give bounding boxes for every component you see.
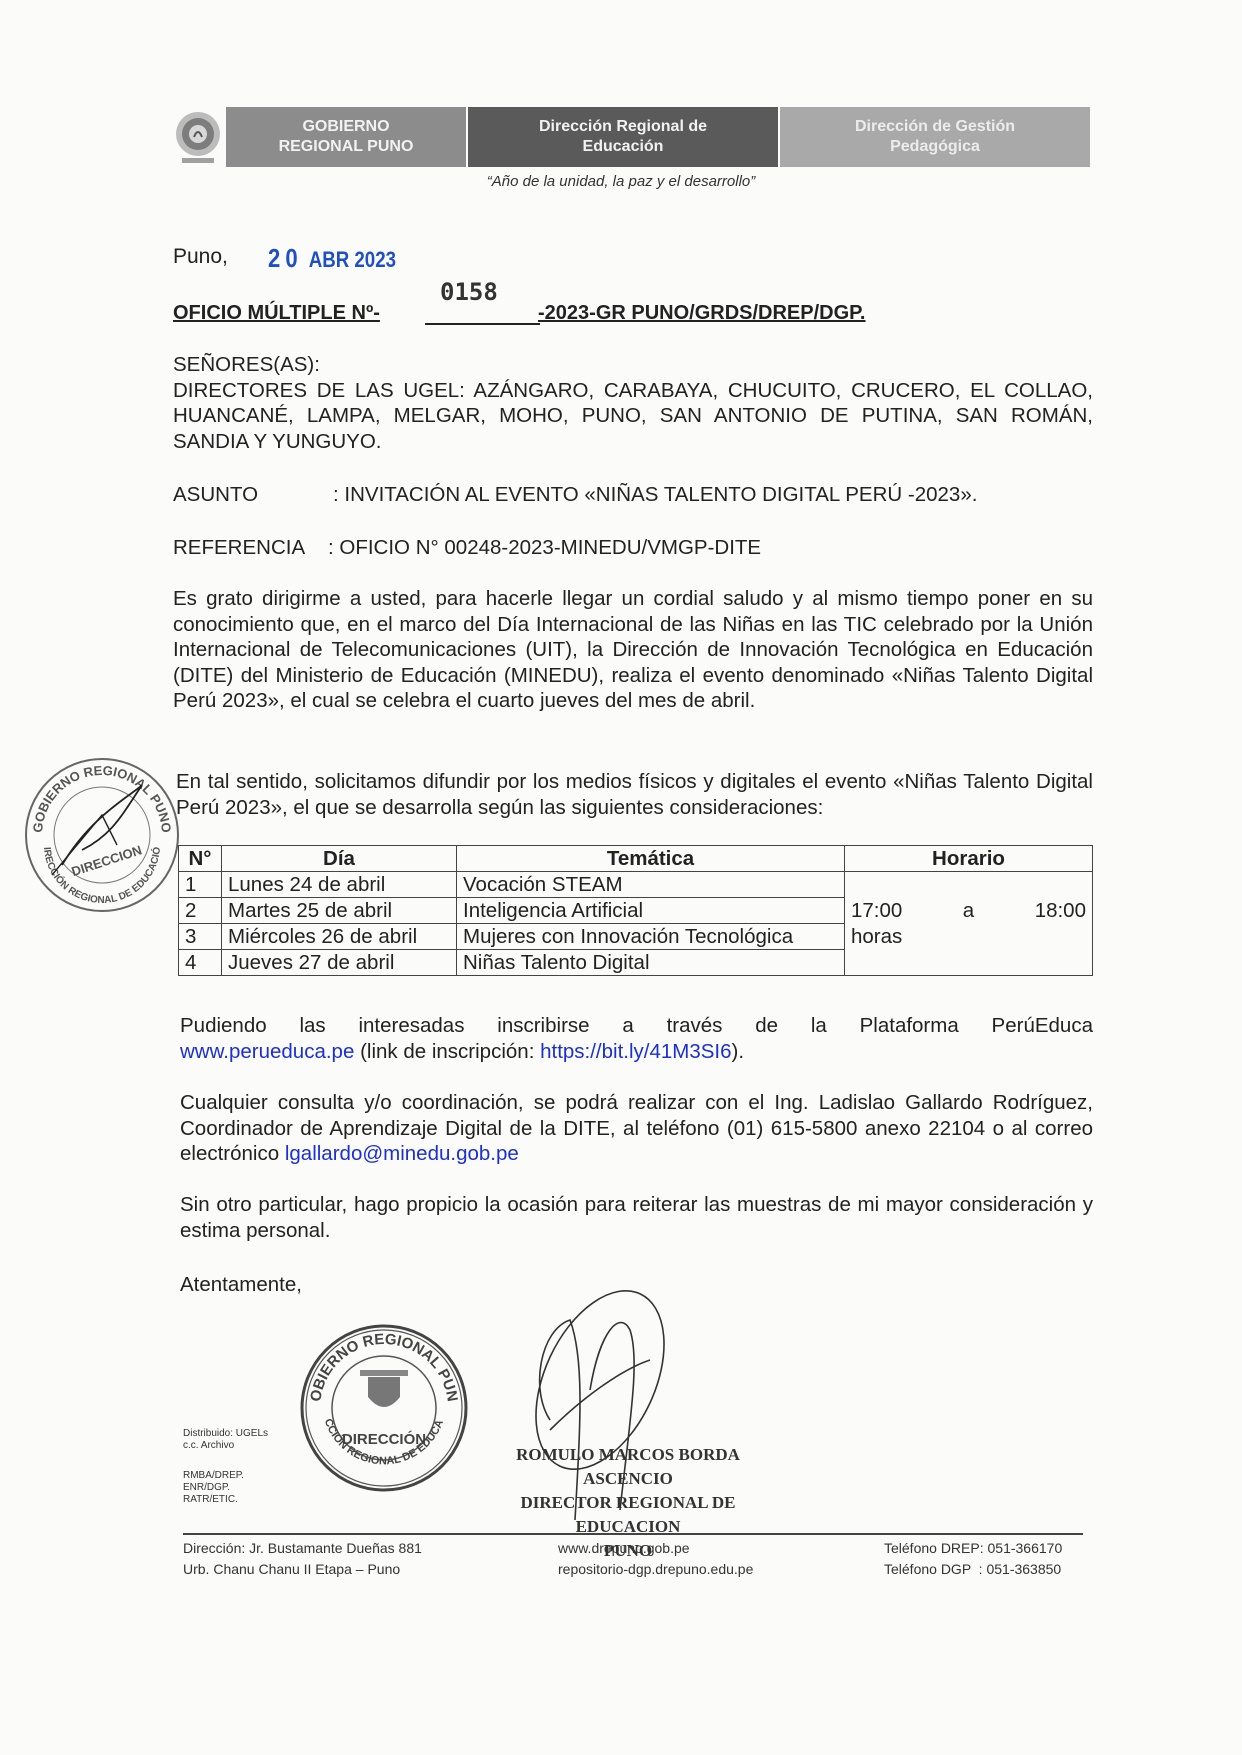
footer-address: Dirección: Jr. Bustamante Dueñas 881 Urb… — [183, 1538, 422, 1580]
row-horario: 17:00 a 18:00 horas — [845, 872, 1093, 976]
asunto: ASUNTO: INVITACIÓN AL EVENTO «NIÑAS TALE… — [173, 482, 1093, 508]
signer-title: DIRECTOR REGIONAL DE EDUCACION — [478, 1491, 778, 1539]
registration-text: Pudiendo las interesadas inscribirse a t… — [180, 1013, 1093, 1039]
header-text: Pedagógica — [890, 137, 980, 157]
row-num: 4 — [179, 950, 222, 976]
distribution-list: Distribuido: UGELs c.c. Archivo — [183, 1428, 268, 1452]
footer-phone: Teléfono DGP : 051-363850 — [884, 1559, 1062, 1580]
initials-item: ENR/DGP. — [183, 1482, 244, 1494]
col-num-header: N° — [179, 846, 222, 872]
footer-address-line: Dirección: Jr. Bustamante Dueñas 881 — [183, 1538, 422, 1559]
row-dia: Martes 25 de abril — [222, 898, 457, 924]
oficio-suffix: -2023-GR PUNO/GRDS/DREP/DGP. — [538, 302, 866, 325]
footer-website-link[interactable]: www.drepuno.gob.pe — [558, 1538, 753, 1559]
horario-range: 17:00 a 18:00 — [851, 898, 1086, 924]
closing: Atentamente, — [180, 1272, 302, 1298]
footer-address-line: Urb. Chanu Chanu II Etapa – Puno — [183, 1559, 422, 1580]
signer-name: ROMULO MARCOS BORDA ASCENCIO — [478, 1443, 778, 1491]
col-tematica-header: Temática — [457, 846, 845, 872]
initials-item: RMBA/DREP. — [183, 1470, 244, 1482]
footer-repository-link[interactable]: repositorio-dgp.drepuno.edu.pe — [558, 1559, 753, 1580]
distribution-item: Distribuido: UGELs — [183, 1428, 268, 1440]
oficio-prefix: OFICIO MÚLTIPLE Nº- — [173, 302, 380, 325]
recipients-list: DIRECTORES DE LAS UGEL: AZÁNGARO, CARABA… — [173, 378, 1093, 455]
footer-phones: Teléfono DREP: 051-366170 Teléfono DGP :… — [884, 1538, 1062, 1580]
gobierno-regional-emblem-icon — [170, 104, 226, 168]
header-gobierno-regional: GOBIERNO REGIONAL PUNO — [226, 107, 466, 167]
date-month-year: ABR 2023 — [309, 247, 396, 272]
date-stamp: 20 ABR 2023 — [268, 243, 396, 274]
row-dia: Miércoles 26 de abril — [222, 924, 457, 950]
asunto-value: : INVITACIÓN AL EVENTO «NIÑAS TALENTO DI… — [333, 483, 977, 506]
horario-start: 17:00 — [851, 898, 902, 924]
schedule-table: N° Día Temática Horario 1 Lunes 24 de ab… — [178, 845, 1093, 976]
referencia: REFERENCIA: OFICIO N° 00248-2023-MINEDU/… — [173, 535, 1093, 561]
row-tematica: Inteligencia Artificial — [457, 898, 845, 924]
official-seal-icon: GOBIERNO REGIONAL PUNO DIRECCIÓN REGIONA… — [298, 1322, 470, 1494]
col-dia-header: Día — [222, 846, 457, 872]
table-header-row: N° Día Temática Horario — [179, 846, 1093, 872]
side-seal-icon: GOBIERNO REGIONAL PUNO DIRECCIÓN REGIONA… — [22, 755, 182, 915]
contact-email-link[interactable]: lgallardo@minedu.gob.pe — [285, 1142, 519, 1165]
horario-unit: horas — [851, 924, 1086, 950]
horario-sep: a — [963, 898, 974, 924]
header-direccion-regional: Dirección Regional de Educación — [468, 107, 778, 167]
oficio-number-underline — [425, 323, 540, 325]
header-direccion-gestion: Dirección de Gestión Pedagógica — [780, 107, 1090, 167]
registration-mid: (link de inscripción: — [354, 1040, 540, 1063]
registration-links: www.perueduca.pe (link de inscripción: h… — [180, 1039, 1093, 1065]
row-num: 1 — [179, 872, 222, 898]
row-tematica: Niñas Talento Digital — [457, 950, 845, 976]
paragraph-contact: Cualquier consulta y/o coordinación, se … — [180, 1090, 1093, 1167]
seal-center-text: DIRECCIÓN — [342, 1430, 426, 1448]
svg-text:DIRECCION: DIRECCION — [70, 842, 144, 879]
distribution-item: c.c. Archivo — [183, 1440, 268, 1452]
row-num: 3 — [179, 924, 222, 950]
salutation: SEÑORES(AS): — [173, 352, 1093, 378]
header-text: Educación — [583, 137, 664, 157]
row-dia: Jueves 27 de abril — [222, 950, 457, 976]
referencia-value: : OFICIO N° 00248-2023-MINEDU/VMGP-DITE — [328, 536, 761, 559]
row-tematica: Vocación STEAM — [457, 872, 845, 898]
row-dia: Lunes 24 de abril — [222, 872, 457, 898]
col-horario-header: Horario — [845, 846, 1093, 872]
table-row: 1 Lunes 24 de abril Vocación STEAM 17:00… — [179, 872, 1093, 898]
referencia-label: REFERENCIA — [173, 535, 328, 561]
paragraph-registration: Pudiendo las interesadas inscribirse a t… — [180, 1013, 1093, 1064]
initials-item: RATR/ETIC. — [183, 1494, 244, 1506]
recipients: SEÑORES(AS): DIRECTORES DE LAS UGEL: AZÁ… — [173, 352, 1093, 454]
header-text: Dirección Regional de — [539, 117, 707, 137]
paragraph-closing: Sin otro particular, hago propicio la oc… — [180, 1192, 1093, 1243]
initials-list: RMBA/DREP. ENR/DGP. RATR/ETIC. — [183, 1470, 244, 1506]
row-num: 2 — [179, 898, 222, 924]
year-motto: “Año de la unidad, la paz y el desarroll… — [0, 173, 1242, 190]
header-text: REGIONAL PUNO — [279, 137, 414, 157]
perueduca-link[interactable]: www.perueduca.pe — [180, 1040, 354, 1063]
horario-end: 18:00 — [1035, 898, 1086, 924]
row-tematica: Mujeres con Innovación Tecnológica — [457, 924, 845, 950]
paragraph-intro: Es grato dirigirme a usted, para hacerle… — [173, 586, 1093, 714]
place: Puno, — [173, 244, 228, 270]
date-day: 20 — [268, 243, 303, 273]
header-text: GOBIERNO — [302, 117, 389, 137]
oficio-number: 0158 — [440, 278, 498, 306]
registration-link[interactable]: https://bit.ly/41M3SI6 — [540, 1040, 731, 1063]
footer-web: www.drepuno.gob.pe repositorio-dgp.drepu… — [558, 1538, 753, 1580]
asunto-label: ASUNTO — [173, 482, 333, 508]
footer-divider — [183, 1533, 1083, 1535]
paragraph-request: En tal sentido, solicitamos difundir por… — [176, 769, 1093, 820]
header-text: Dirección de Gestión — [855, 117, 1015, 137]
registration-end: ). — [732, 1040, 745, 1063]
svg-text:GOBIERNO REGIONAL PUNO: GOBIERNO REGIONAL PUNO — [30, 763, 174, 834]
footer-phone: Teléfono DREP: 051-366170 — [884, 1538, 1062, 1559]
